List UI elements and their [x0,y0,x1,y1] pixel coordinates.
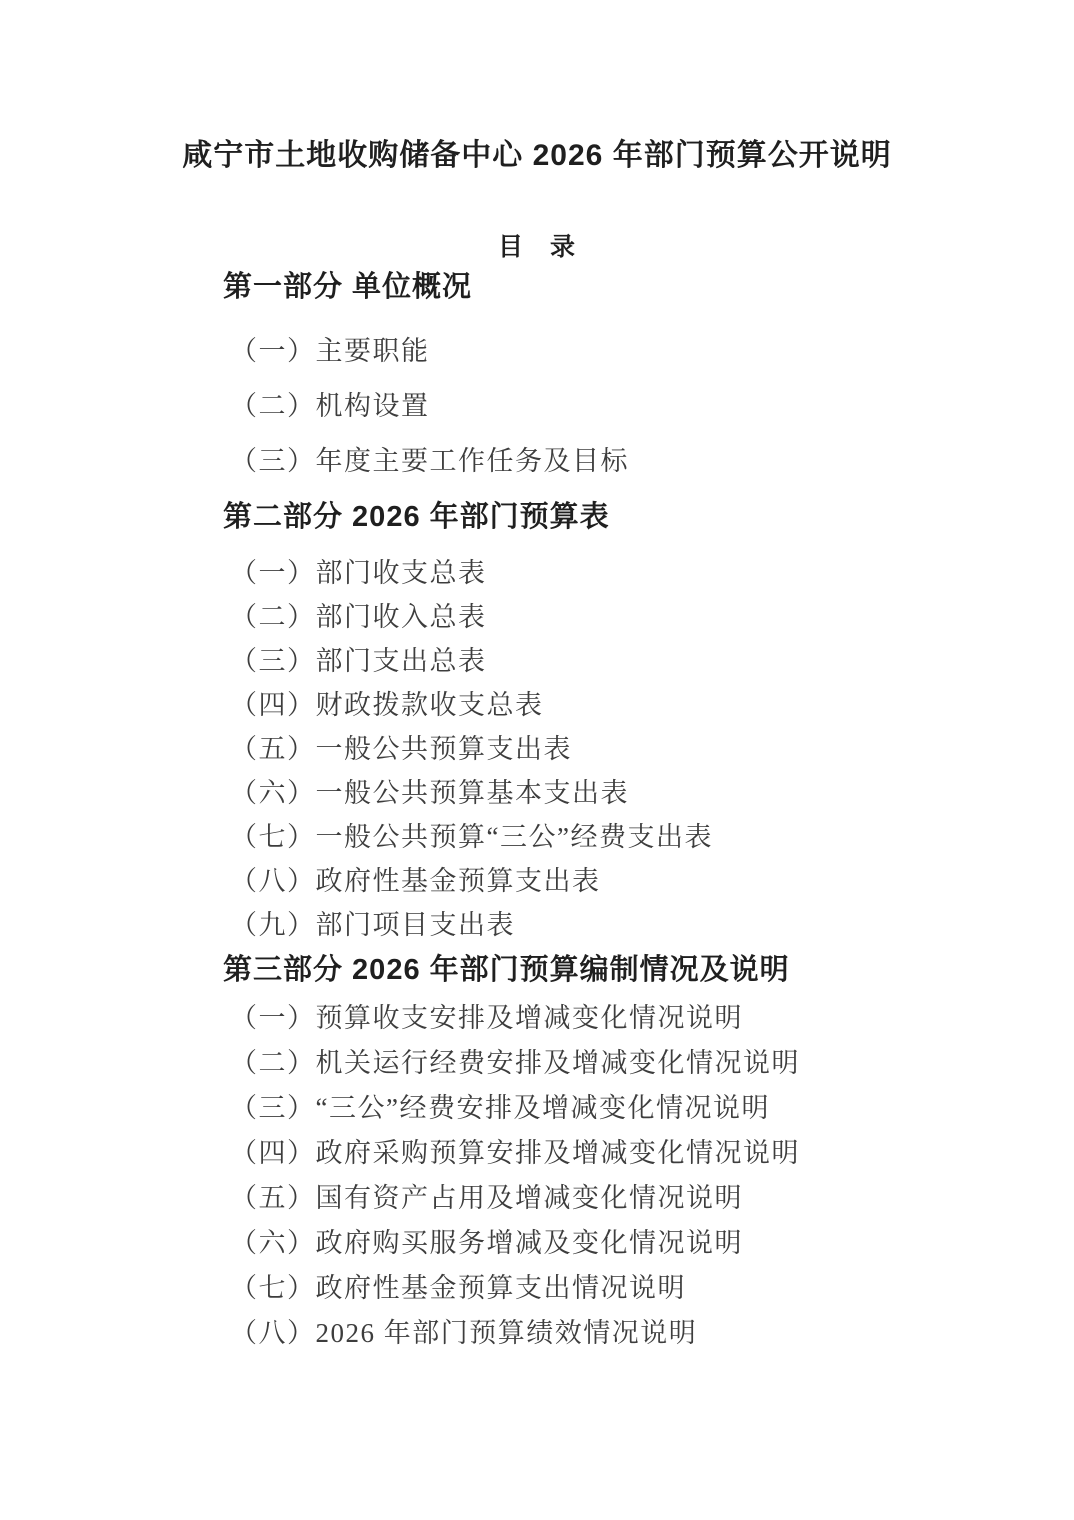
toc-item: （五）一般公共预算支出表 [230,736,1074,763]
toc-item: （四）政府采购预算安排及增减变化情况说明 [230,1140,1074,1167]
toc-item: （四）财政拨款收支总表 [230,692,1074,719]
toc-item: （六）一般公共预算基本支出表 [230,780,1074,807]
toc-item: （二）机构设置 [230,393,1074,420]
toc-item: （二）部门收入总表 [230,604,1074,631]
toc-section-1: 第一部分 单位概况 （一）主要职能 （二）机构设置 （三）年度主要工作任务及目标 [0,273,1074,475]
toc-item: （三）部门支出总表 [230,648,1074,675]
toc-item: （一）部门收支总表 [230,560,1074,587]
toc-section-2: 第二部分 2026 年部门预算表 （一）部门收支总表 （二）部门收入总表 （三）… [0,503,1074,939]
toc-item: （二）机关运行经费安排及增减变化情况说明 [230,1050,1074,1077]
toc-item: （三）“三公”经费安排及增减变化情况说明 [230,1095,1074,1122]
toc-section-3: 第三部分 2026 年部门预算编制情况及说明 （一）预算收支安排及增减变化情况说… [0,956,1074,1347]
toc-item: （一）预算收支安排及增减变化情况说明 [230,1005,1074,1032]
toc-heading: 目 录 [0,235,1074,260]
toc-item: （六）政府购买服务增减及变化情况说明 [230,1230,1074,1257]
toc-item: （九）部门项目支出表 [230,912,1074,939]
document-title: 咸宁市土地收购储备中心 2026 年部门预算公开说明 [0,0,1074,171]
toc-item: （七）一般公共预算“三公”经费支出表 [230,824,1074,851]
section-1-heading: 第一部分 单位概况 [223,273,1074,302]
toc-item: （一）主要职能 [230,338,1074,365]
toc-item: （七）政府性基金预算支出情况说明 [230,1275,1074,1302]
toc-item: （八）2026 年部门预算绩效情况说明 [230,1320,1074,1347]
toc-item: （三）年度主要工作任务及目标 [230,448,1074,475]
section-3-heading: 第三部分 2026 年部门预算编制情况及说明 [223,956,1074,985]
section-2-heading: 第二部分 2026 年部门预算表 [223,503,1074,532]
toc-item: （五）国有资产占用及增减变化情况说明 [230,1185,1074,1212]
document-page: 咸宁市土地收购储备中心 2026 年部门预算公开说明 目 录 第一部分 单位概况… [0,0,1074,1520]
toc-item: （八）政府性基金预算支出表 [230,868,1074,895]
